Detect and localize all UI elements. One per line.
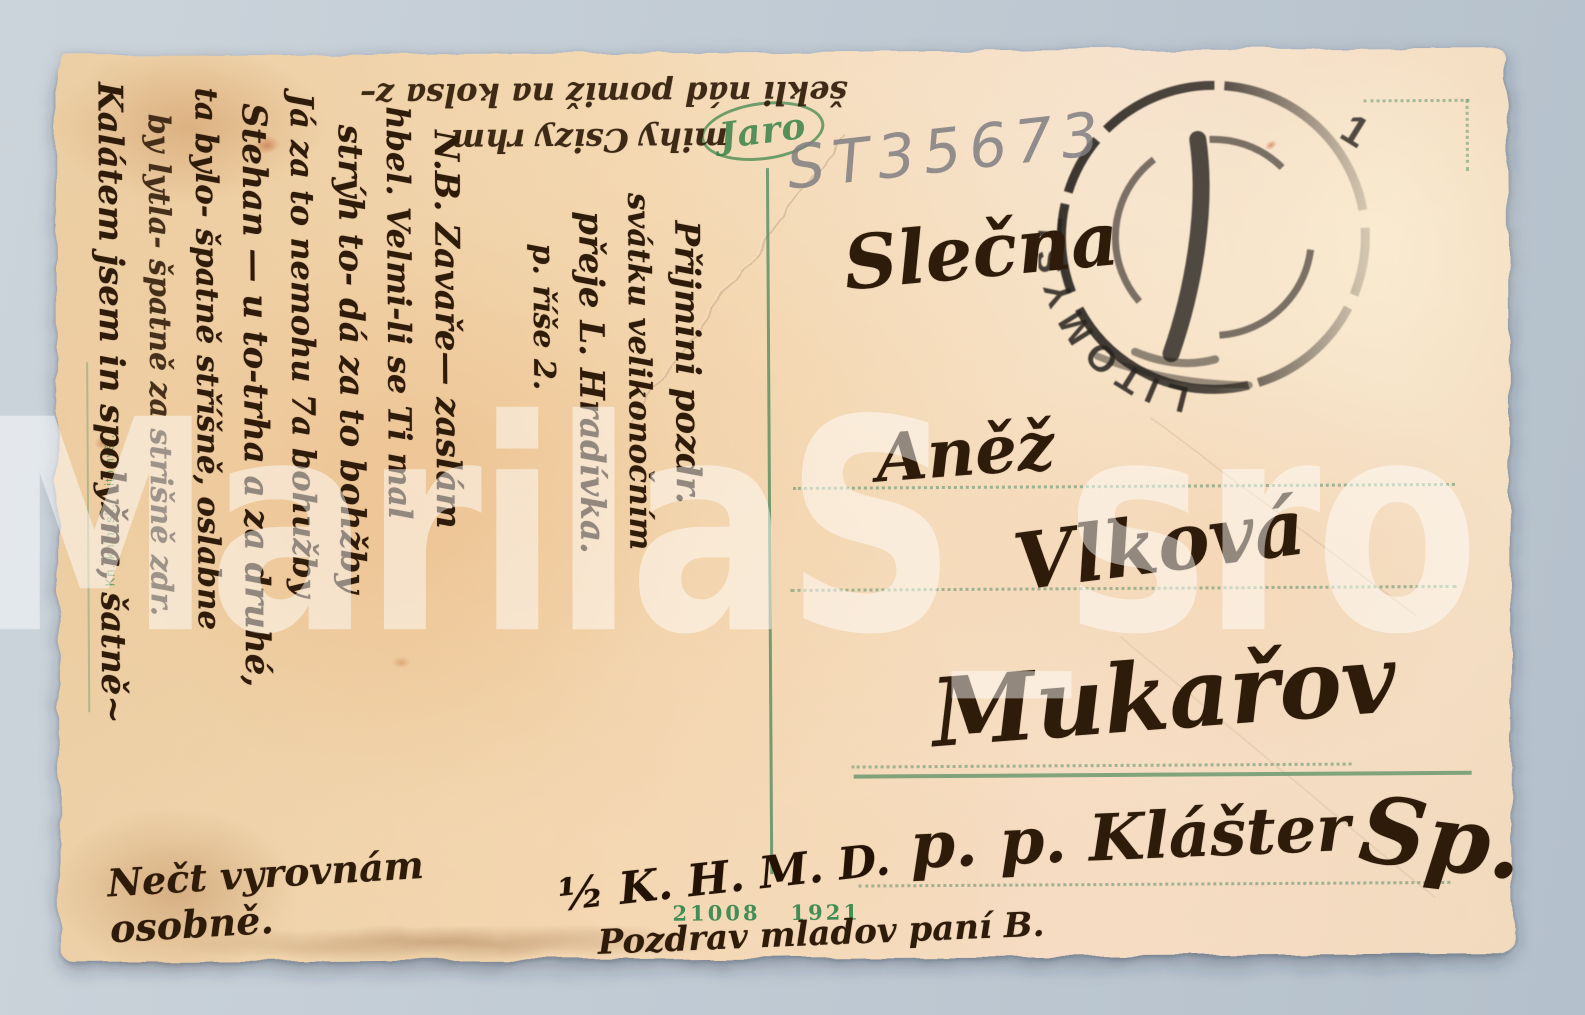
message-line: mihy Csizy rhm [318,116,848,165]
message-line: Přijmini pozdr. [661,70,714,910]
message-line: strýh to- dá za to bohžby [325,73,378,913]
message-line: hbel. Velmi-li se Ti mal [373,72,426,912]
message-line: N.B. Zavaře— zaslám [421,72,474,912]
stamp-box-corner [1466,99,1469,171]
message-line: Já za to nemohu 7a bohužby [277,73,330,913]
message-line: ta bylo- špatně stříšně, oslabne [181,73,234,913]
address-flourish: Sp. [1354,775,1528,901]
message-line: šekli nád pomiž na kolsa z– [317,70,847,119]
message-line [469,72,522,912]
message-line: přeje L. Hradívka. [565,71,618,911]
photo-background: Jaro 21008 1921 Kn. knihtisk., Litomyšl.… [0,0,1585,1015]
message-line: by lytla- špatně za strišně zdr. [133,74,186,914]
message-line: svátku velikonočním [613,71,666,911]
handwritten-message-sideways: Přijmini pozdr. svátku velikonočním přej… [79,70,714,914]
postcard: Jaro 21008 1921 Kn. knihtisk., Litomyšl.… [55,48,1513,963]
postmark-slash [1170,139,1202,353]
message-line: Stehan — u to-trha a za druhé, [229,73,282,913]
handwritten-bottom-left: Nečt vyrovnám osobně. [106,842,428,952]
address-first-name: Aněž [873,406,1057,497]
handwritten-top-edge: mihy Csizy rhm šekli nád pomiž na kolsa … [317,62,848,165]
message-line: p. říše 2. [517,71,570,911]
message-line: Kalátem jsem in spolyžna, šatně~ [85,74,138,914]
